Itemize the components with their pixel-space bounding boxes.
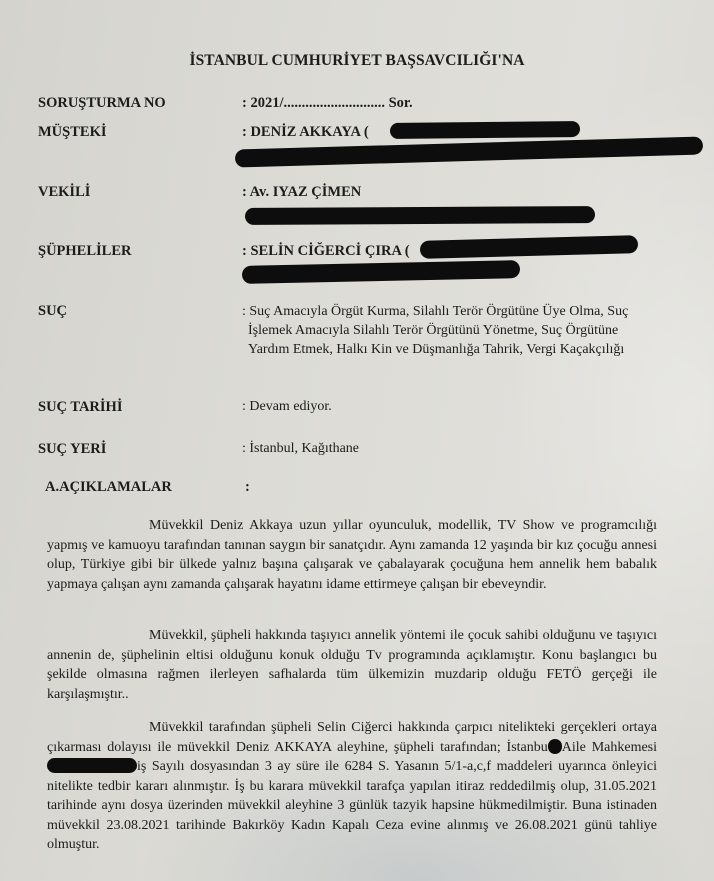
- field-label: SUÇ TARİHİ: [38, 399, 122, 416]
- document-title: İSTANBUL CUMHURİYET BAŞSAVCILIĞI'NA: [0, 52, 714, 70]
- redaction-mark: [242, 260, 520, 284]
- document-page: İSTANBUL CUMHURİYET BAŞSAVCILIĞI'NA SORU…: [0, 0, 714, 881]
- field-label: MÜŞTEKİ: [38, 124, 107, 141]
- paragraph-2: Müvekkil, şüpheli hakkında taşıyıcı anne…: [47, 626, 657, 704]
- field-label: ŞÜPHELİLER: [38, 243, 131, 260]
- field-label: SUÇ: [38, 303, 67, 320]
- field-value: : Av. IYAZ ÇİMEN: [242, 184, 361, 201]
- paragraph-3-part-3: iş Sayılı dosyasından 3 ay süre ile 6284…: [47, 759, 657, 852]
- field-value: : İstanbul, Kağıthane: [242, 441, 359, 457]
- redaction-mark: [47, 758, 137, 773]
- field-value: : Suç Amacıyla Örgüt Kurma, Silahlı Terö…: [242, 302, 648, 359]
- field-value: :: [245, 479, 250, 496]
- field-value: : SELİN CİĞERCİ ÇIRA (: [242, 243, 410, 260]
- field-value: : DENİZ AKKAYA (: [242, 124, 369, 141]
- redaction-mark: [245, 206, 595, 225]
- redaction-mark: [420, 235, 638, 259]
- redaction-mark: [235, 136, 703, 167]
- paragraph-3: Müvekkil tarafından şüpheli Selin Ciğerc…: [47, 718, 657, 855]
- redaction-mark: [390, 121, 580, 139]
- field-value: : Devam ediyor.: [242, 399, 332, 415]
- field-label: SORUŞTURMA NO: [38, 95, 166, 112]
- field-value: : 2021/............................ Sor.: [242, 95, 413, 112]
- paragraph-1: Müvekkil Deniz Akkaya uzun yıllar oyuncu…: [47, 516, 657, 594]
- field-label: VEKİLİ: [38, 184, 90, 201]
- section-heading: A.AÇIKLAMALAR: [45, 479, 172, 496]
- field-label: SUÇ YERİ: [38, 441, 106, 458]
- paragraph-3-part-2: Aile Mahkemesi: [562, 740, 657, 755]
- redaction-mark: [548, 739, 562, 754]
